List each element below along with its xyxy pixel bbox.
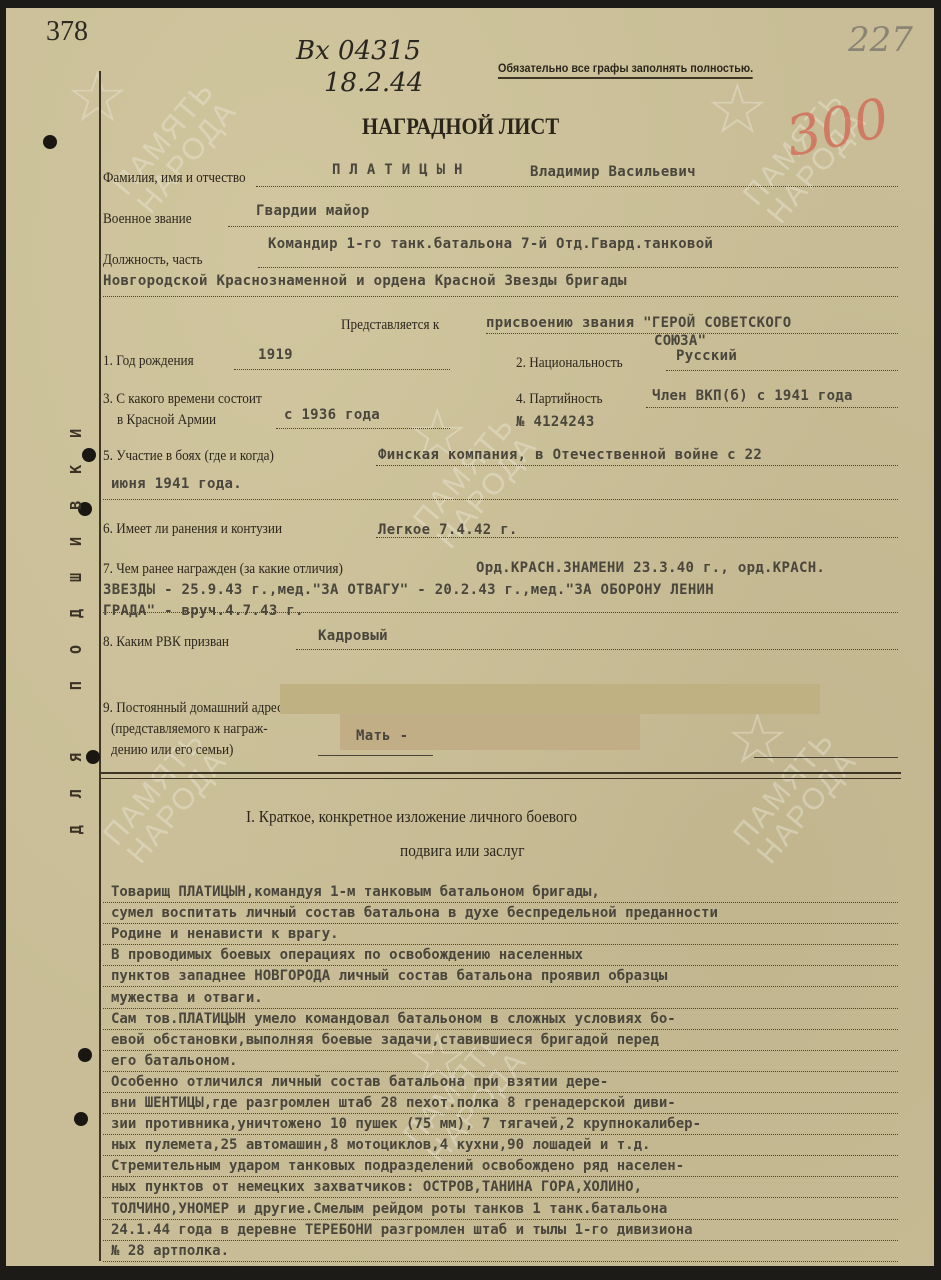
narrative-line: мужества и отваги. [111,990,263,1006]
narrative-line: Родине и ненависти к врагу. [111,926,339,942]
battles-line [376,465,898,466]
narrative-line: зии противника,уничтожено 10 пушек (75 м… [111,1116,701,1132]
battles-value-line2: июня 1941 года. [111,476,242,492]
full-name-label: Фамилия, имя и отчество [103,170,246,187]
watermark-star-icon: ☆ [706,68,769,150]
rank-label: Военное звание [103,211,192,228]
nationality-value: Русский [676,348,737,364]
party-label: 4. Партийность [516,391,603,408]
rank-value: Гвардии майор [256,203,369,219]
previous-awards-label: 7. Чем ранее награжден (за какие отличия… [103,561,343,578]
previous-awards-value-line3: ГРАДА" - вруч.4.7.43 г. [103,603,304,619]
position-value-line1: Командир 1-го танк.батальона 7-й Отд.Гва… [268,236,713,252]
section-heading-line1: I. Краткое, конкретное изложение личного… [246,807,577,827]
binding-margin-line [99,71,101,1261]
ruled-line [103,1092,898,1093]
narrative-line: пунктов западнее НОВГОРОДА личный состав… [111,968,667,984]
ruled-line [103,923,898,924]
conscription-label: 8. Каким РВК призван [103,634,229,651]
margin-vertical-text: ДЛЯ ПОДШИВКИ [67,378,85,858]
section-divider [101,772,901,779]
punch-hole [78,1048,92,1062]
address-label-line2: (представляемого к награж- [111,721,268,738]
narrative-line: евой обстановки,выполняя боевые задачи,с… [111,1032,659,1048]
service-since-label-line1: 3. С какого времени состоит [103,391,262,408]
narrative-line: ных пунктов от немецких захватчиков: ОСТ… [111,1179,642,1195]
narrative-line: Стремительным ударом танковых подразделе… [111,1158,684,1174]
watermark-star-icon: ☆ [66,56,129,138]
nominated-for-value-line2: СОЮЗА" [654,333,706,349]
rank-line [228,226,898,227]
ruled-line [103,1071,898,1072]
narrative-line: Товарищ ПЛАТИЦЫН,командуя 1-м танковым б… [111,884,600,900]
document-title: НАГРАДНОЙ ЛИСТ [362,114,559,140]
narrative-line: Особенно отличился личный состав батальо… [111,1074,608,1090]
nominated-for-label: Представляется к [341,317,439,334]
narrative-line: В проводимых боевых операциях по освобож… [111,947,583,963]
margin-vertical-label: ДЛЯ ПОДШИВКИ [60,378,84,858]
birth-year-value: 1919 [258,347,293,363]
full-name-line [256,186,898,187]
redacted-address-block [280,684,820,714]
ruled-line [103,944,898,945]
nominated-for-value-line1: присвоению звания "ГЕРОЙ СОВЕТСКОГО [486,315,792,331]
party-value-line2: № 4124243 [516,414,595,430]
scan-border-bottom [0,1266,941,1280]
pencil-number: 227 [848,20,913,60]
ruled-line [103,1050,898,1051]
party-value-line1: Член ВКП(б) с 1941 года [652,388,853,404]
ruled-line [103,1219,898,1220]
ruled-line [103,1261,898,1262]
battles-label: 5. Участие в боях (где и когда) [103,448,274,465]
position-value-line2: Новгородской Краснознаменной и ордена Кр… [103,273,627,289]
watermark: ПАМЯТЬНАРОДА [108,75,244,221]
previous-awards-value-line2: ЗВЕЗДЫ - 25.9.43 г.,мед."ЗА ОТВАГУ" - 20… [103,582,714,598]
service-since-label-line2: в Красной Армии [117,412,216,429]
punch-hole [74,1112,88,1126]
handwritten-registry-number: Вх 04315 [296,36,421,66]
nationality-label: 2. Национальность [516,355,623,372]
narrative-line: сумел воспитать личный состав батальона … [111,905,718,921]
narrative-line: ТОЛЧИНО,УНОМЕР и другие.Смелым рейдом ро… [111,1201,667,1217]
position-line-2 [103,296,898,297]
fill-completely-notice: Обязательно все графы заполнять полность… [498,61,753,79]
battles-value-line1: Финская компания, в Отечественной войне … [378,447,762,463]
ruled-line [103,1155,898,1156]
conscription-line [296,649,898,650]
ruled-line [103,1197,898,1198]
previous-awards-value-line1: Орд.КРАСН.ЗНАМЕНИ 23.3.40 г., орд.КРАСН. [476,560,825,576]
birth-year-label: 1. Год рождения [103,353,194,370]
handwritten-date: 18.2.44 [324,68,423,98]
full-name-surname: ПЛАТИЦЫН [332,162,471,178]
address-label-line3: дению или его семьи) [111,742,233,759]
position-label: Должность, часть [103,252,203,269]
service-since-line [276,428,450,429]
narrative-line: ных пулемета,25 автомашин,8 мотоциклов,4… [111,1137,650,1153]
address-line [754,757,898,758]
ruled-line [103,1008,898,1009]
punch-hole [86,750,100,764]
ruled-line [103,1240,898,1241]
narrative-line: 24.1.44 года в деревне ТЕРЕБОНИ разгромл… [111,1222,693,1238]
address-label-line1: 9. Постоянный домашний адрес: [103,700,287,717]
narrative-line: Сам тов.ПЛАТИЦЫН умело командовал баталь… [111,1011,676,1027]
watermark: ПАМЯТЬНАРОДА [728,725,864,871]
ruled-line [103,902,898,903]
wounds-value: Легкое 7.4.42 г. [378,522,518,538]
service-since-value: с 1936 года [284,407,380,423]
party-line [646,407,898,408]
narrative-line: его батальоном. [111,1053,237,1069]
position-line [258,267,898,268]
narrative-line: вни ШЕНТИЦЫ,где разгромлен штаб 28 пехот… [111,1095,676,1111]
ruled-line [103,965,898,966]
punch-hole [43,135,57,149]
previous-awards-line [103,612,898,613]
ruled-line [103,1176,898,1177]
section-heading-line2: подвига или заслуг [400,841,525,861]
ruled-line [103,986,898,987]
archive-page-number: 378 [46,16,88,48]
ruled-line [103,1029,898,1030]
battles-line-2 [103,499,898,500]
narrative-line: № 28 артполка. [111,1243,229,1259]
birth-year-line [234,369,450,370]
nationality-line [666,370,898,371]
address-line [318,755,433,756]
ruled-line [103,1134,898,1135]
conscription-value: Кадровый [318,628,388,644]
address-value: Мать - [356,728,408,744]
scan-border-top [0,0,941,8]
wounds-label: 6. Имеет ли ранения и контузии [103,521,282,538]
award-sheet-page: ☆ ПАМЯТЬНАРОДА ☆ ПАМЯТЬНАРОДА ☆ ПАМЯТЬНА… [6,8,934,1266]
ruled-line [103,1113,898,1114]
red-stamp-number: 300 [781,86,895,169]
full-name-given: Владимир Васильевич [530,164,696,180]
